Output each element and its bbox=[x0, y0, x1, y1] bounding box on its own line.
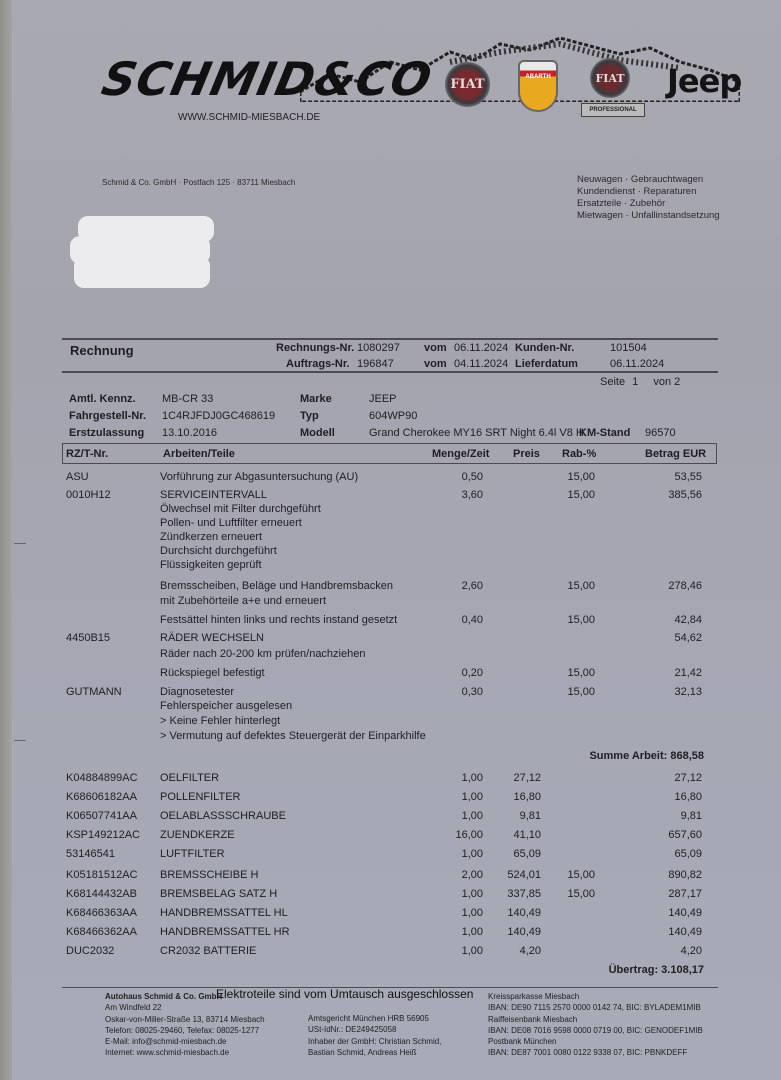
cell-betrag: 278,46 bbox=[668, 580, 702, 592]
col-header-nr: RZ/T-Nr. bbox=[66, 448, 108, 460]
cell-nr: K68144432AB bbox=[66, 888, 137, 900]
summe-arbeit: Summe Arbeit: 868,58 bbox=[589, 750, 704, 762]
cell-preis: 140,49 bbox=[507, 907, 541, 919]
cell-menge: 0,30 bbox=[462, 686, 483, 698]
cell-betrag: 32,13 bbox=[674, 686, 702, 698]
cell-betrag: 9,81 bbox=[681, 810, 702, 822]
cell-desc: Durchsicht durchgeführt bbox=[160, 545, 277, 557]
fiat-professional-logo: FIAT bbox=[590, 58, 630, 98]
col-header-betrag: Betrag EUR bbox=[645, 448, 706, 460]
divider bbox=[62, 371, 718, 373]
erstzulassung: 13.10.2016 bbox=[162, 427, 217, 439]
fahrgestell-label: Fahrgestell-Nr. bbox=[69, 410, 146, 422]
footer-line: IBAN: DE87 7001 0080 0122 9338 07, BIC: … bbox=[488, 1047, 703, 1058]
fiat-logo: FIAT bbox=[445, 62, 490, 107]
cell-desc: Bremsscheiben, Beläge und Handbremsbacke… bbox=[160, 580, 393, 592]
cell-rab: 15,00 bbox=[567, 489, 595, 501]
cell-desc: OELFILTER bbox=[160, 772, 219, 784]
cell-desc: OELABLASSSCHRAUBE bbox=[160, 810, 286, 822]
cell-preis: 140,49 bbox=[507, 926, 541, 938]
footer-line: Amtsgericht München HRB 56905 bbox=[308, 1013, 441, 1024]
cell-menge: 16,00 bbox=[455, 829, 483, 841]
services-list: Neuwagen · Gebrauchtwagen Kundendienst ·… bbox=[577, 174, 720, 222]
cell-nr: K68466363AA bbox=[66, 907, 137, 919]
cell-desc: ZUENDKERZE bbox=[160, 829, 235, 841]
cell-menge: 3,60 bbox=[462, 489, 483, 501]
auftrags-nr: 196847 bbox=[357, 358, 394, 370]
divider bbox=[62, 338, 718, 340]
cell-desc: Fehlerspeicher ausgelesen bbox=[160, 700, 292, 712]
lieferdatum-label: Lieferdatum bbox=[515, 358, 578, 370]
cell-desc: CR2032 BATTERIE bbox=[160, 945, 256, 957]
cell-betrag: 65,09 bbox=[674, 848, 702, 860]
col-header-desc: Arbeiten/Teile bbox=[163, 448, 235, 460]
kennz-label: Amtl. Kennz. bbox=[69, 393, 136, 405]
rechnungs-nr: 1080297 bbox=[357, 342, 400, 354]
cell-betrag: 16,80 bbox=[674, 791, 702, 803]
service-line: Ersatzteile · Zubehör bbox=[577, 198, 720, 210]
cell-menge: 1,00 bbox=[462, 907, 483, 919]
uebertrag: Übertrag: 3.108,17 bbox=[609, 964, 704, 976]
footer-line: Raiffeisenbank Miesbach bbox=[488, 1014, 703, 1025]
cell-preis: 4,20 bbox=[520, 945, 541, 957]
cell-desc: Pollen- und Luftfilter erneuert bbox=[160, 517, 302, 529]
professional-label: PROFESSIONAL bbox=[581, 103, 645, 117]
cell-nr: KSP149212AC bbox=[66, 829, 140, 841]
seiten-total: 2 bbox=[674, 376, 680, 388]
cell-rab: 15,00 bbox=[567, 580, 595, 592]
cell-desc: Flüssigkeiten geprüft bbox=[160, 559, 262, 571]
cell-betrag: 657,60 bbox=[668, 829, 702, 841]
rechnung-datum: 06.11.2024 bbox=[454, 342, 508, 354]
auftrag-datum: 04.11.2024 bbox=[454, 358, 508, 370]
seite: 1 bbox=[632, 376, 638, 388]
cell-menge: 1,00 bbox=[462, 848, 483, 860]
page-indicator: Seite 1 von 2 bbox=[600, 376, 680, 388]
footer-line: USt-IdNr.: DE249425058 bbox=[308, 1024, 441, 1035]
service-line: Kundendienst · Reparaturen bbox=[577, 186, 720, 198]
cell-desc: Ölwechsel mit Filter durchgeführt bbox=[160, 503, 321, 515]
auftrags-nr-label: Auftrags-Nr. bbox=[286, 358, 350, 370]
document-title: Rechnung bbox=[70, 343, 134, 358]
cell-desc: SERVICEINTERVALL bbox=[160, 489, 267, 501]
cell-menge: 0,40 bbox=[462, 614, 483, 626]
cell-nr: K06507741AA bbox=[66, 810, 137, 822]
cell-betrag: 21,42 bbox=[674, 667, 702, 679]
cell-nr: K68606182AA bbox=[66, 791, 137, 803]
vom-label: vom bbox=[424, 358, 447, 370]
cell-desc: Vorführung zur Abgasuntersuchung (AU) bbox=[160, 471, 358, 483]
erstzulassung-label: Erstzulassung bbox=[69, 427, 144, 439]
cell-betrag: 890,82 bbox=[668, 869, 702, 881]
cell-menge: 1,00 bbox=[462, 791, 483, 803]
cell-desc: Diagnosetester bbox=[160, 686, 234, 698]
cell-preis: 65,09 bbox=[513, 848, 541, 860]
cell-desc: BREMSBELAG SATZ H bbox=[160, 888, 277, 900]
modell-label: Modell bbox=[300, 427, 335, 439]
cell-menge: 0,20 bbox=[462, 667, 483, 679]
cell-preis: 337,85 bbox=[507, 888, 541, 900]
cell-desc: HANDBREMSSATTEL HR bbox=[160, 926, 290, 938]
cell-preis: 524,01 bbox=[507, 869, 541, 881]
cell-menge: 1,00 bbox=[462, 810, 483, 822]
cell-preis: 9,81 bbox=[520, 810, 541, 822]
cell-desc: LUFTFILTER bbox=[160, 848, 225, 860]
cell-betrag: 53,55 bbox=[674, 471, 702, 483]
page-edge bbox=[0, 0, 12, 1080]
brand-website: WWW.SCHMID-MIESBACH.DE bbox=[178, 112, 320, 123]
cell-preis: 27,12 bbox=[513, 772, 541, 784]
cell-menge: 0,50 bbox=[462, 471, 483, 483]
cell-preis: 16,80 bbox=[513, 791, 541, 803]
cell-betrag: 54,62 bbox=[674, 632, 702, 644]
km-label: KM-Stand bbox=[579, 427, 630, 439]
cell-nr: K04884899AC bbox=[66, 772, 138, 784]
cell-nr: 0010H12 bbox=[66, 489, 111, 501]
vom-label: vom bbox=[424, 342, 447, 354]
cell-betrag: 140,49 bbox=[668, 907, 702, 919]
seite-label: Seite bbox=[600, 376, 625, 388]
cell-betrag: 42,84 bbox=[674, 614, 702, 626]
footer-company: Autohaus Schmid & Co. GmbH Am Windfeld 2… bbox=[105, 991, 265, 1059]
cell-betrag: 140,49 bbox=[668, 926, 702, 938]
service-line: Mietwagen · Unfallinstandsetzung bbox=[577, 210, 720, 222]
marke-label: Marke bbox=[300, 393, 332, 405]
km-stand: 96570 bbox=[645, 427, 676, 439]
cell-nr: DUC2032 bbox=[66, 945, 114, 957]
rechnungs-nr-label: Rechnungs-Nr. bbox=[276, 342, 354, 354]
footer-line: Internet: www.schmid-miesbach.de bbox=[105, 1047, 265, 1058]
cell-menge: 1,00 bbox=[462, 926, 483, 938]
footer-line: E-Mail: info@schmid-miesbach.de bbox=[105, 1036, 265, 1047]
typ: 604WP90 bbox=[369, 410, 417, 422]
exchange-stamp: Elektroteile sind vom Umtausch ausgeschl… bbox=[216, 987, 473, 1001]
cell-nr: K05181512AC bbox=[66, 869, 138, 881]
cell-betrag: 4,20 bbox=[681, 945, 702, 957]
cell-nr: ASU bbox=[66, 471, 89, 483]
col-header-menge: Menge/Zeit bbox=[432, 448, 489, 460]
cell-rab: 15,00 bbox=[567, 614, 595, 626]
cell-nr: K68466362AA bbox=[66, 926, 137, 938]
footer-registry: Amtsgericht München HRB 56905 USt-IdNr.:… bbox=[308, 1013, 441, 1058]
cell-desc: POLLENFILTER bbox=[160, 791, 241, 803]
cell-rab: 15,00 bbox=[567, 869, 595, 881]
cell-desc: > Vermutung auf defektes Steuergerät der… bbox=[160, 730, 426, 742]
brand-logo: SCHMID&CO bbox=[97, 52, 437, 106]
cell-desc: RÄDER WECHSELN bbox=[160, 632, 264, 644]
cell-betrag: 287,17 bbox=[668, 888, 702, 900]
cell-menge: 2,60 bbox=[462, 580, 483, 592]
footer-line: Inhaber der GmbH: Christian Schmid, bbox=[308, 1036, 441, 1047]
cell-betrag: 385,56 bbox=[668, 489, 702, 501]
col-header-rab: Rab-% bbox=[562, 448, 596, 460]
cell-desc: Rückspiegel befestigt bbox=[160, 667, 265, 679]
footer-line: Telefon: 08025-29460, Telefax: 08025-127… bbox=[105, 1025, 265, 1036]
von-label: von bbox=[653, 376, 671, 388]
cell-nr: 53146541 bbox=[66, 848, 115, 860]
cell-desc: Zündkerzen erneuert bbox=[160, 531, 262, 543]
cell-desc: > Keine Fehler hinterlegt bbox=[160, 715, 280, 727]
cell-menge: 1,00 bbox=[462, 888, 483, 900]
cell-rab: 15,00 bbox=[567, 686, 595, 698]
service-line: Neuwagen · Gebrauchtwagen bbox=[577, 174, 720, 186]
fold-mark bbox=[14, 740, 26, 741]
footer-bank: Kreissparkasse Miesbach IBAN: DE90 7115 … bbox=[488, 991, 703, 1059]
marke: JEEP bbox=[369, 393, 397, 405]
kunden-nr-label: Kunden-Nr. bbox=[515, 342, 574, 354]
col-header-preis: Preis bbox=[513, 448, 540, 460]
footer-line: Kreissparkasse Miesbach bbox=[488, 991, 703, 1002]
cell-menge: 1,00 bbox=[462, 772, 483, 784]
fold-mark bbox=[14, 543, 26, 544]
cell-rab: 15,00 bbox=[567, 471, 595, 483]
footer-line: IBAN: DE08 7016 9598 0000 0719 00, BIC: … bbox=[488, 1025, 703, 1036]
footer-line: Postbank München bbox=[488, 1036, 703, 1047]
footer-line: Bastian Schmid, Andreas Heiß bbox=[308, 1047, 441, 1058]
cell-menge: 2,00 bbox=[462, 869, 483, 881]
cell-betrag: 27,12 bbox=[674, 772, 702, 784]
cell-desc: BREMSSCHEIBE H bbox=[160, 869, 258, 881]
footer-line: IBAN: DE90 7115 2570 0000 0142 74, BIC: … bbox=[488, 1002, 703, 1013]
cell-desc: Räder nach 20-200 km prüfen/nachziehen bbox=[160, 648, 365, 660]
abarth-logo: ABARTH bbox=[518, 60, 558, 112]
lieferdatum: 06.11.2024 bbox=[610, 358, 664, 370]
cell-nr: GUTMANN bbox=[66, 686, 122, 698]
table-header bbox=[62, 443, 717, 464]
cell-desc: Festsättel hinten links und rechts insta… bbox=[160, 614, 397, 626]
kennz: MB-CR 33 bbox=[162, 393, 213, 405]
kunden-nr: 101504 bbox=[610, 342, 647, 354]
fahrgestell: 1C4RJFDJ0GC468619 bbox=[162, 410, 275, 422]
cell-rab: 15,00 bbox=[567, 667, 595, 679]
cell-menge: 1,00 bbox=[462, 945, 483, 957]
cell-rab: 15,00 bbox=[567, 888, 595, 900]
cell-desc: mit Zubehörteile a+e und erneuert bbox=[160, 595, 326, 607]
cell-desc: HANDBREMSSATTEL HL bbox=[160, 907, 288, 919]
footer-line: Oskar-von-Miller-Straße 13, 83714 Miesba… bbox=[105, 1014, 265, 1025]
cell-nr: 4450B15 bbox=[66, 632, 110, 644]
sender-line: Schmid & Co. GmbH · Postfach 125 · 83711… bbox=[102, 178, 295, 187]
jeep-logo: Jeep bbox=[667, 62, 741, 100]
footer-line: Am Windfeld 22 bbox=[105, 1002, 265, 1013]
cell-preis: 41,10 bbox=[513, 829, 541, 841]
typ-label: Typ bbox=[300, 410, 319, 422]
modell: Grand Cherokee MY16 SRT Night 6.4l V8 H bbox=[369, 427, 584, 439]
